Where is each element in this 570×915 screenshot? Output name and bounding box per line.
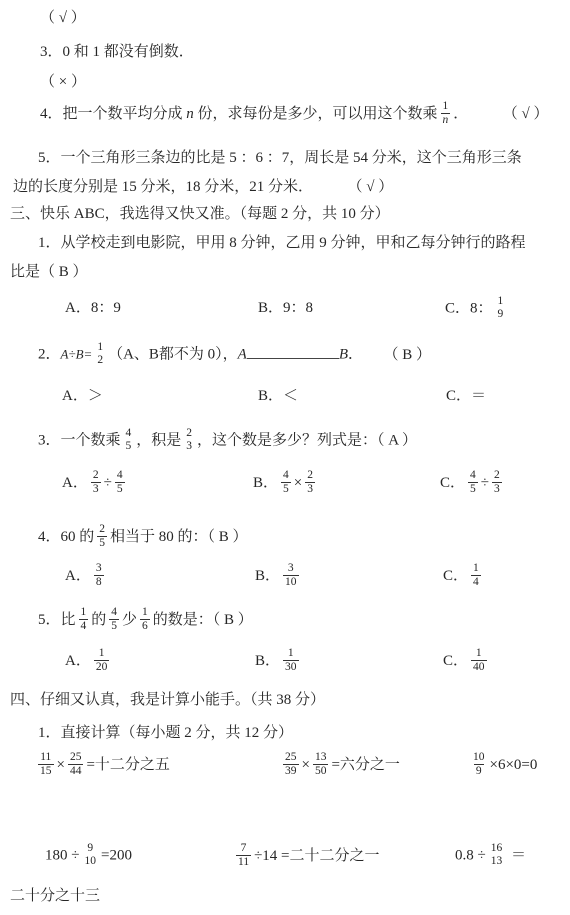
q2-number: 2． [38,347,61,363]
fraction-1-over-2: 12 [95,341,105,367]
fraction-1-over-40: 140 [471,647,487,674]
fraction-1-over-30: 130 [283,647,299,674]
q5-options: A．120 B．130 C．140 [0,648,570,690]
q2-option-b: B．＜ [258,384,298,405]
q1-line2-answer: 比是（ B ） [10,262,88,282]
q2-answer-mark: （ B ） [391,347,431,363]
judge-mark-5: （ √ ） [355,179,393,195]
fraction-4-over-5: 45 [468,469,478,496]
judge-item-4-period: ． [453,106,468,122]
judge-item-4: 4．把一个数平均分成 n 份，求每份是多少，可以用这个数乘1n．（ √ ） [40,101,549,128]
q4-option-c: C．14 [443,563,484,590]
judge-item-5-text: 边的长度分别是 15 分米，18 分米，21 分米． [13,179,313,195]
fraction-7-over-11: 711 [236,842,251,869]
q3-option-a: A．23÷45 [62,470,128,497]
fraction-25-over-39: 2539 [283,751,299,778]
q1-option-a: A．8：9 [65,296,121,317]
judge-item-3: 3．0 和 1 都没有倒数． [40,42,194,62]
q4-option-a: A．38 [65,563,107,590]
fraction-1-over-6: 16 [140,606,150,633]
fraction-16-over-13: 1613 [489,842,505,868]
fraction-25-over-44: 2544 [68,751,84,778]
q2-options: A．＞ B．＜ C．＝ [0,384,570,426]
q5-option-c: C．140 [443,648,490,675]
fraction-10-over-9: 109 [471,751,487,778]
fraction-4-over-5: 45 [281,469,291,496]
calc-answer-1: =十二分之五 [86,757,169,773]
calc-title: 1．直接计算（每小题 2 分，共 12 分） [38,723,293,743]
q3-options: A．23÷45 B．45×23 C．45÷23 [0,470,570,512]
fraction-1-over-9: 19 [496,295,506,321]
calc-answer-2: =六分之一 [331,757,399,773]
fraction-2-over-3: 23 [492,469,502,496]
q5-option-b: B．130 [255,648,302,675]
judge-item-4-pre: 4．把一个数平均分成 [40,106,186,122]
calc-expr-6: 0.8 ÷1613 ＝ [455,843,526,869]
q4-stem: 4．60 的25相当于 80 的：（ B ） [38,524,248,551]
q2-var-b: B [339,347,348,363]
q1-options: A．8：9 B．9：8 C．8：19 [0,296,570,338]
calc-answer-3: ×6×0=0 [490,757,538,773]
judge-mark-4: （ √ ） [510,106,548,122]
judge-item-5-line1: 5．一个三角形三条边的比是 5 ：6 ：7，周长是 54 分米，这个三角形三条 [38,148,522,168]
q4-option-b: B．310 [255,563,302,590]
fraction-2-over-3: 23 [91,469,101,496]
variable-n: n [186,106,194,122]
judge-mark-3: （ × ） [40,72,86,92]
calc-expr-2: 2539×1350=六分之一 [280,752,400,779]
q2-answer-blank [247,343,339,358]
q1-option-b: B．9：8 [258,296,313,317]
fraction-1-over-4: 14 [471,562,481,589]
calc-expr-3: 109×6×0=0 [468,752,537,779]
q2-formula: A÷B= [61,347,93,362]
q4-options: A．38 B．310 C．14 [0,563,570,605]
calc-answer-6-wrapped: 二十分之十三 [10,886,100,906]
judge-item-4-mid: 份，求每份是多少，可以用这个数乘 [194,106,438,122]
calc-row-2: 180 ÷910=200 711÷14 =二十二分之一 0.8 ÷1613 ＝ [0,843,570,891]
q1-option-c: C．8：19 [445,296,508,322]
judge-mark-2: （ √ ） [40,8,86,28]
fraction-4-over-5: 45 [115,469,125,496]
fraction-11-over-15: 1115 [38,751,54,778]
fraction-4-over-5: 45 [124,427,134,453]
q1-line1: 1．从学校走到电影院，甲用 8 分钟，乙用 9 分钟，甲和乙每分钟行的路程 [38,233,526,253]
fraction-1-over-4: 14 [79,606,89,633]
fraction-1-over-20: 120 [94,647,110,674]
fraction-2-over-5: 25 [97,523,107,550]
q2-var-a: A [238,347,247,363]
q5-option-a: A．120 [65,648,112,675]
q3-option-c: C．45÷23 [440,470,505,497]
fraction-3-over-10: 310 [283,562,299,589]
q2-option-c: C．＝ [446,384,486,405]
fraction-4-over-5: 45 [109,606,119,633]
section3-header: 三、快乐 ABC，我选得又快又准。（每题 2 分，共 10 分） [10,204,390,224]
calc-answer-5: ÷14 =二十二分之一 [254,848,379,864]
fraction-3-over-8: 38 [94,562,104,589]
q3-stem: 3．一个数乘45，积是23，这个数是多少？列式是：（ A ） [38,428,417,454]
calc-expr-4: 180 ÷910=200 [45,843,132,869]
judge-item-5-line2: 边的长度分别是 15 分米，18 分米，21 分米．（ √ ） [13,177,393,197]
fraction-9-over-10: 910 [82,842,98,868]
fraction-13-over-50: 1350 [313,751,329,778]
q3-option-b: B．45×23 [253,470,318,497]
section4-header: 四、仔细又认真，我是计算小能手。（共 38 分） [10,690,325,710]
q2-stem: 2．A÷B=12（A、B都不为 0），AB．（ B ） [38,342,431,368]
fraction-1-over-n: 1n [441,100,451,127]
calc-expr-5: 711÷14 =二十二分之一 [233,843,380,870]
fraction-2-over-3: 23 [184,427,194,453]
q5-stem: 5．比14的45少16的数是：（ B ） [38,607,253,634]
q2-option-a: A．＞ [62,384,103,405]
calc-row-1: 1115×2544=十二分之五 2539×1350=六分之一 109×6×0=0 [0,752,570,800]
exam-paper-page: （ √ ） 3．0 和 1 都没有倒数． （ × ） 4．把一个数平均分成 n … [0,0,570,915]
q2-condition: （A、B都不为 0）， [108,347,238,363]
calc-expr-1: 1115×2544=十二分之五 [35,752,170,779]
calc-answer-4: =200 [101,848,132,864]
fraction-2-over-3: 23 [305,469,315,496]
